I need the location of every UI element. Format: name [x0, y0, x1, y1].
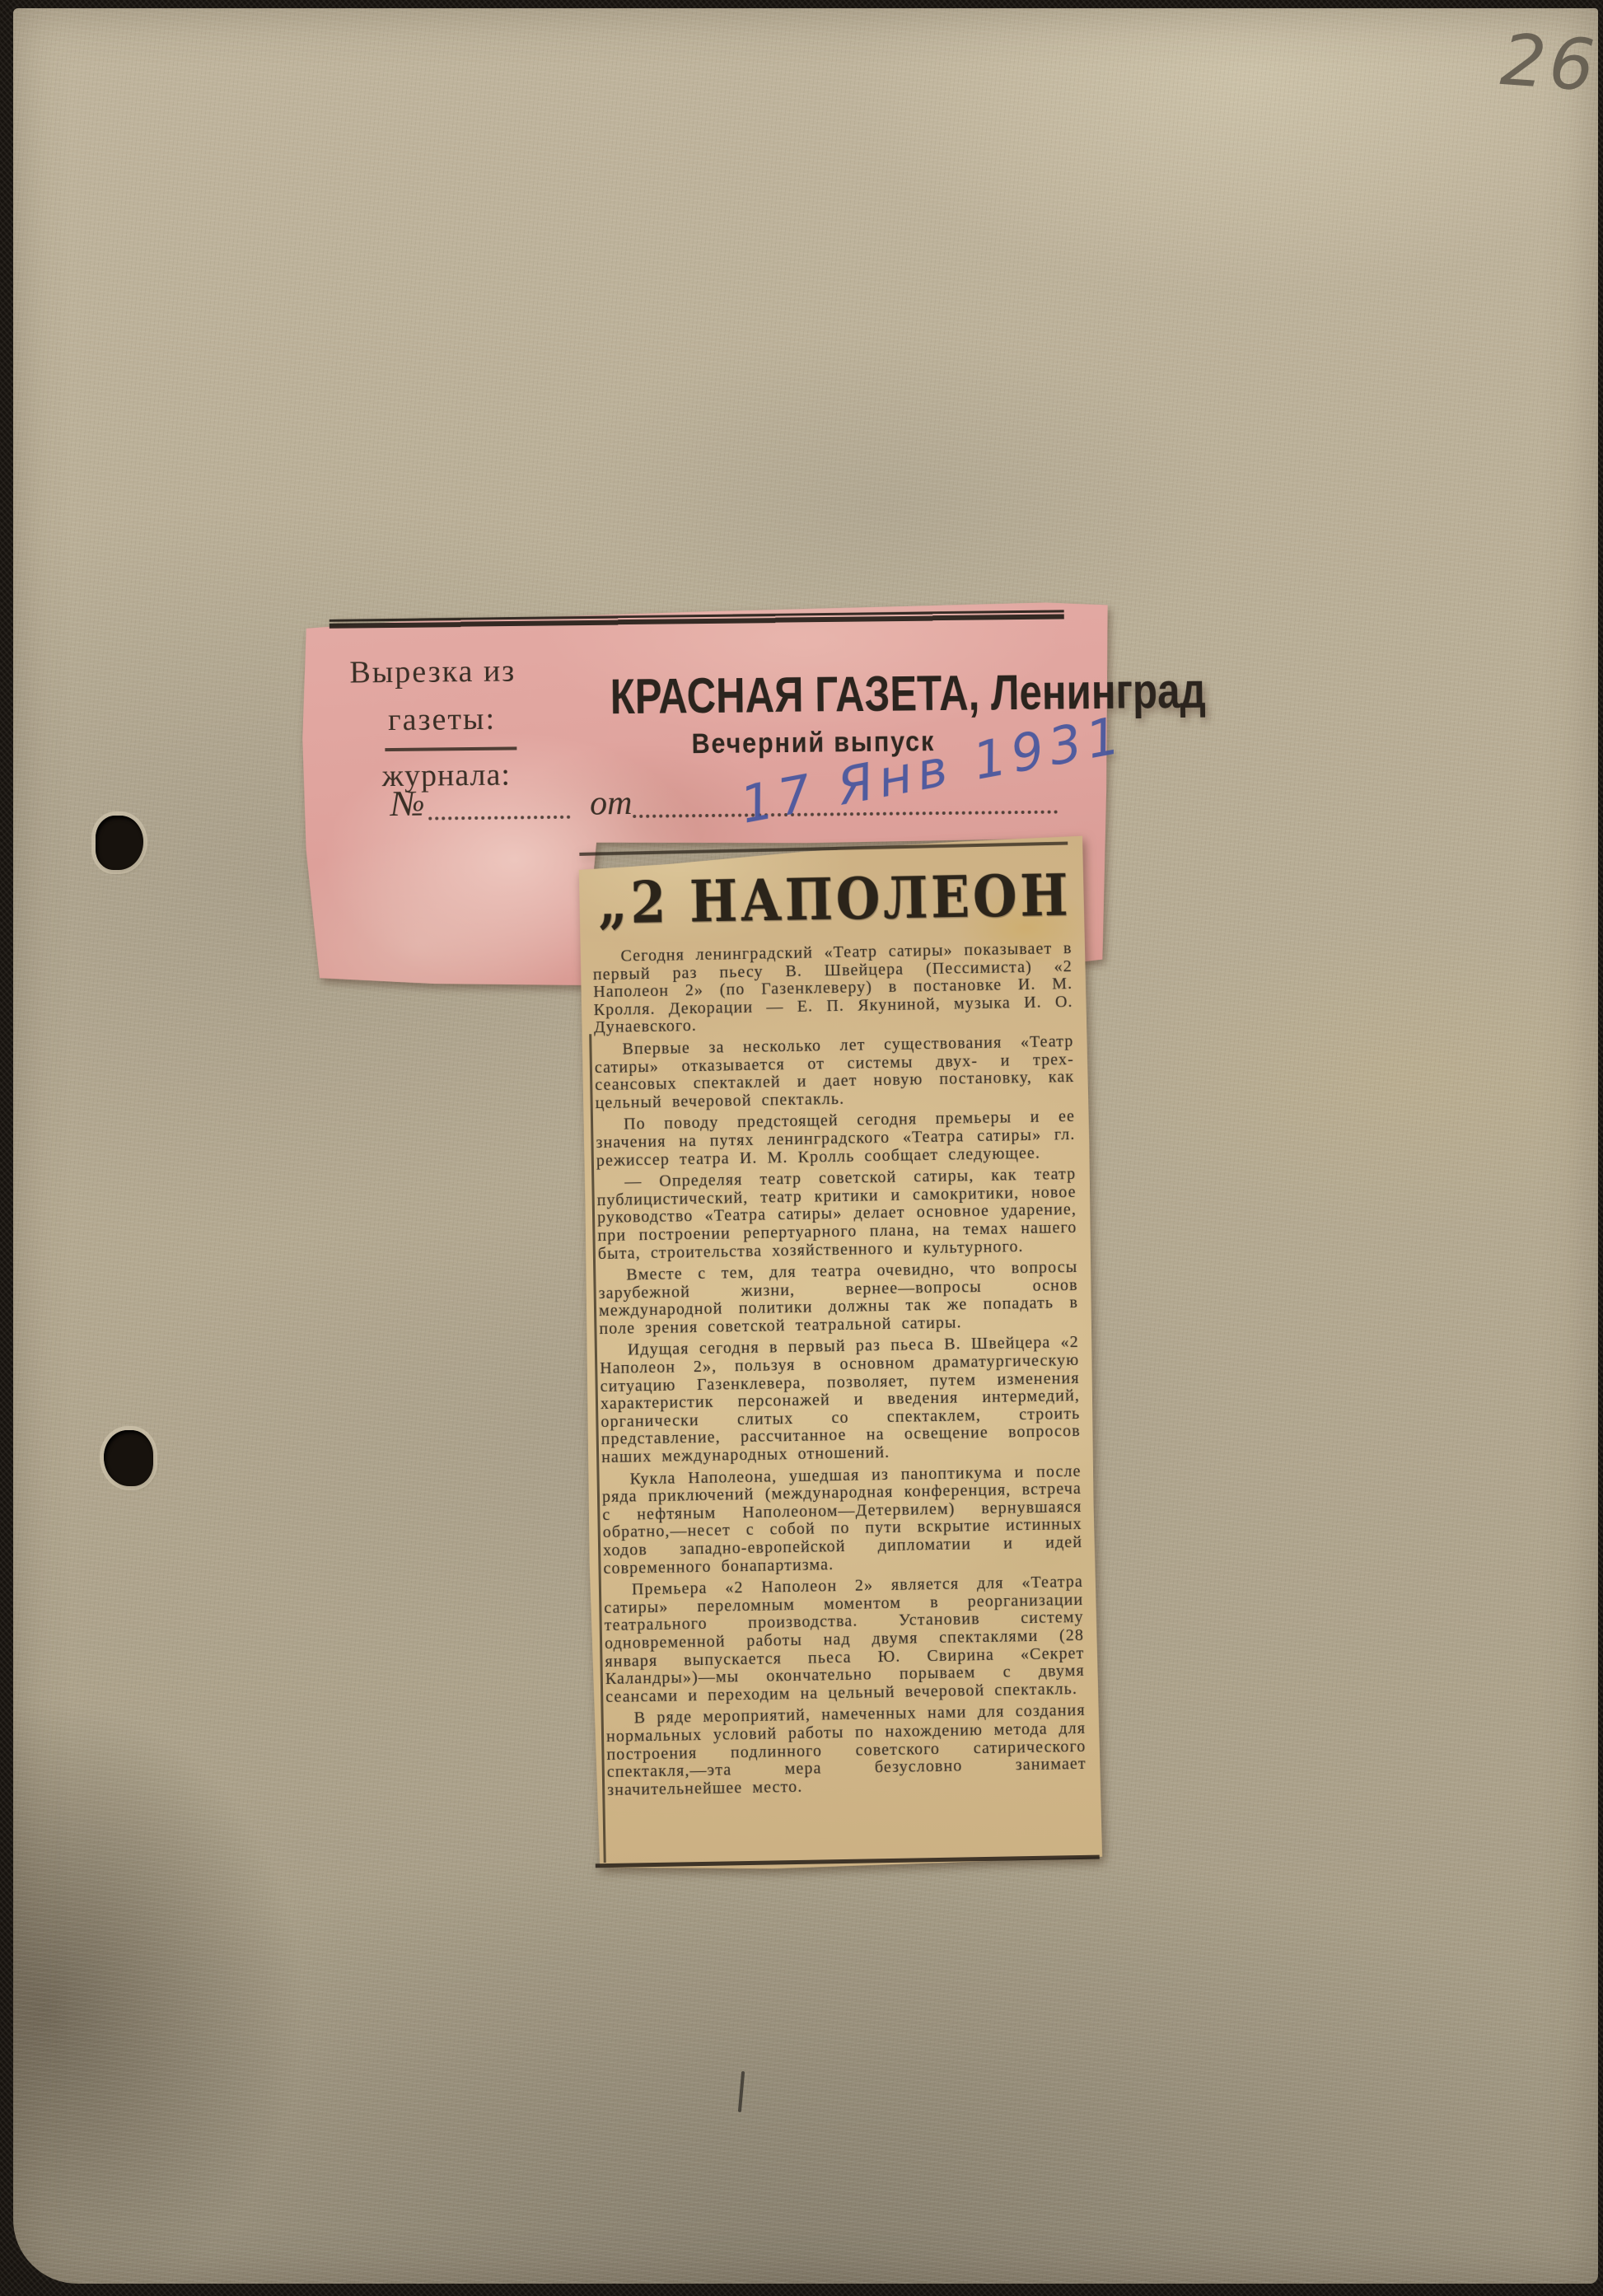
- publication-title: КРАСНАЯ ГАЗЕТА, Ленинград: [610, 664, 1016, 725]
- label-field-line2: газеты:: [388, 701, 496, 738]
- clipping-body: Сегодня ленинградский «Театр сатиры» пок…: [589, 935, 1088, 1799]
- punch-hole-bottom: [104, 1430, 153, 1486]
- handwritten-page-number: 26: [1498, 19, 1603, 110]
- newspaper-clipping: „2 НАПОЛЕОН 2“ Сегодня ленинградский «Те…: [576, 835, 1103, 1873]
- clipping-headline: „2 НАПОЛЕОН 2“: [598, 867, 1064, 934]
- clipping-paragraph: Кукла Наполеона, ушедшая из паноптикума …: [601, 1463, 1082, 1578]
- clipping-paragraph: В ряде мероприятий, намеченных нами для …: [606, 1702, 1087, 1799]
- clipping-paragraph: — Определяя театр советской сатиры, как …: [596, 1166, 1077, 1263]
- clipping-paragraph: Впервые за несколько лет существования «…: [594, 1033, 1074, 1113]
- issue-number-label: №: [390, 783, 425, 825]
- clipping-paragraph: Вместе с тем, для театра очевидно, что в…: [598, 1259, 1078, 1339]
- clipping-paragraph: По поводу предстоящей сегодня премьеры и…: [596, 1108, 1076, 1170]
- clipping-content: „2 НАПОЛЕОН 2“ Сегодня ленинградский «Те…: [587, 851, 1089, 1861]
- issue-number-dotted-line: [428, 811, 570, 821]
- clipping-paragraph: Идущая сегодня в первый раз пьеса В. Шве…: [600, 1334, 1082, 1466]
- clipping-paragraph: Сегодня ленинградский «Театр сатиры» пок…: [592, 940, 1073, 1037]
- clipping-paragraph: Премьера «2 Наполеон 2» является для «Те…: [604, 1574, 1086, 1706]
- date-label: от: [590, 783, 633, 824]
- label-field-line1: Вырезка из: [349, 652, 516, 690]
- scrapbook-page: 26 Вырезка из газеты: журнала: КРАСНАЯ Г…: [13, 8, 1598, 2284]
